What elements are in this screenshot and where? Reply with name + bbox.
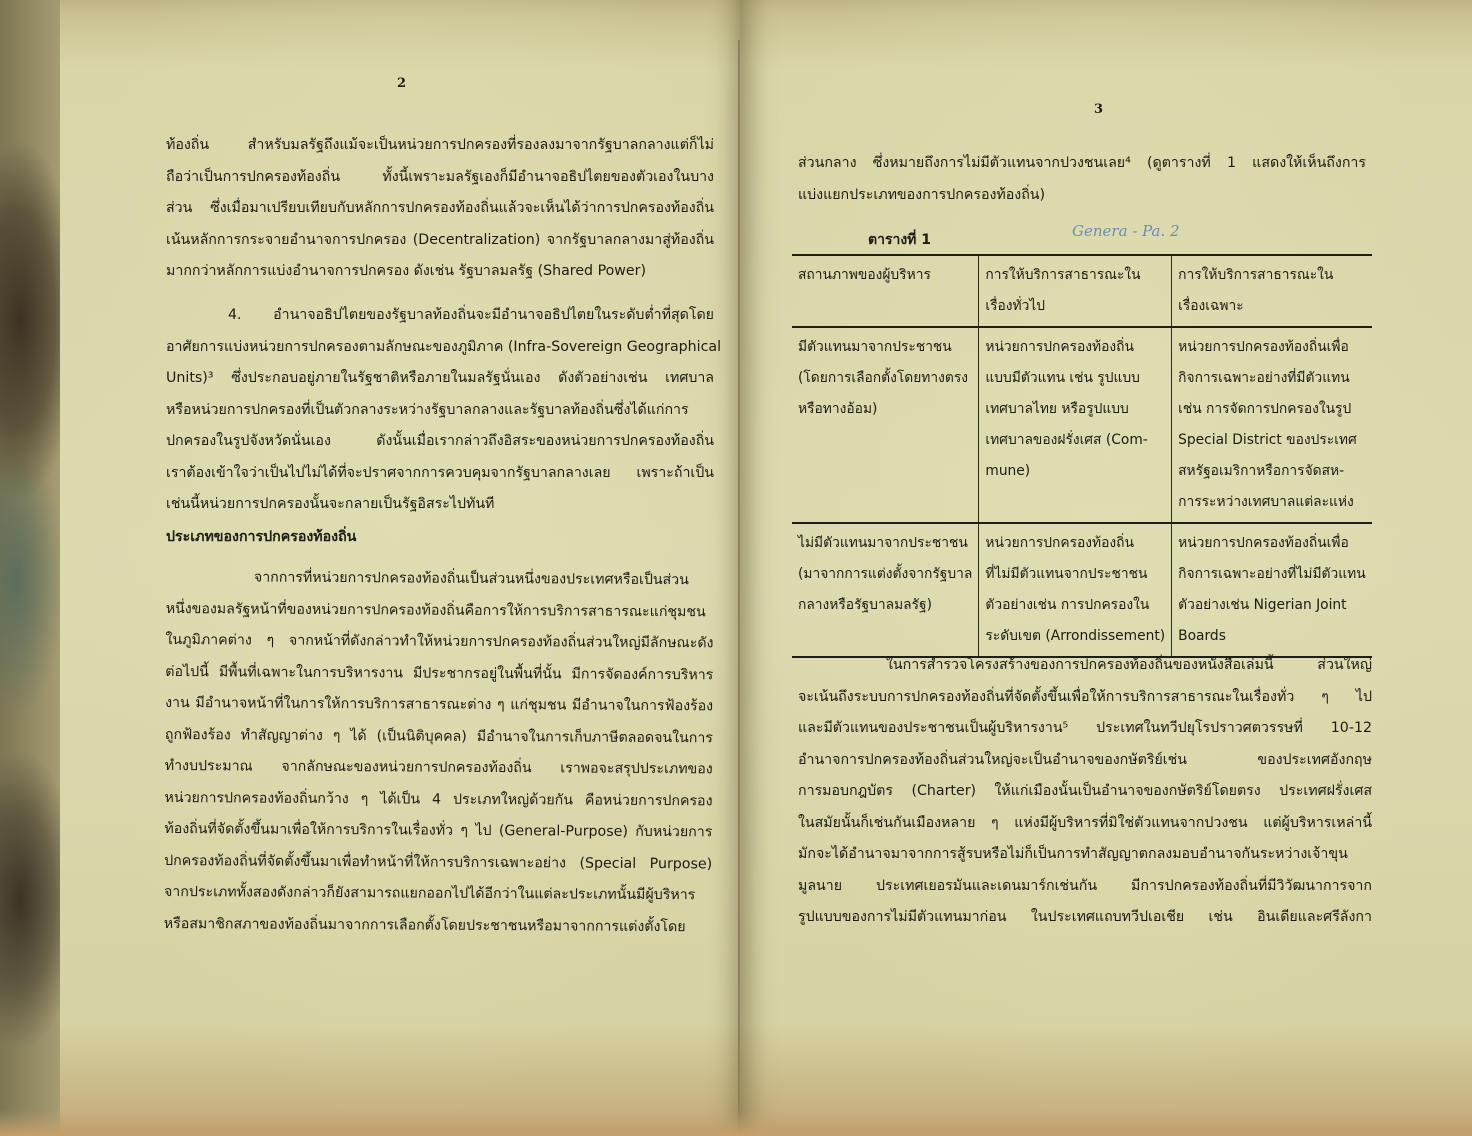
header-cell-status: สถานภาพของผู้บริหาร — [792, 255, 979, 327]
text-line: รูปแบบของการไม่มีตัวแทนมาก่อน ในประเทศแถ… — [798, 902, 1372, 934]
text-line: เน้นหลักการกระจายอำนาจการปกครอง (Decentr… — [166, 225, 714, 257]
page-bottom-stain — [0, 1110, 1472, 1136]
left-page-number: 2 — [397, 76, 406, 91]
text-line: อาศัยการแบ่งหน่วยการปกครองตามลักษณะของภู… — [166, 332, 714, 364]
text-line: จะเน้นถึงระบบการปกครองท้องถิ่นที่จัดตั้ง… — [798, 682, 1372, 714]
text-line: 4. อำนาจอธิปไตยของรัฐบาลท้องถิ่นจะมีอำนา… — [166, 300, 714, 332]
text-line: Units)³ ซึ่งประกอบอยู่ภายในรัฐชาติหรือภา… — [166, 363, 714, 395]
text-line: หน่วยการปกครองท้องถิ่นกว้าง ๆ ได้เป็น 4 … — [164, 782, 712, 817]
text-line: ส่วน ซึ่งเมื่อมาเปรียบเทียบกับหลักการปกค… — [166, 193, 714, 225]
text-line: เราต้องเข้าใจว่าเป็นไปไม่ได้ที่จะปราศจาก… — [166, 458, 714, 490]
left-section-heading-block: ประเภทของการปกครองท้องถิ่น — [166, 522, 714, 554]
left-paragraph-3: จากการที่หน่วยการปกครองท้องถิ่นเป็นส่วนห… — [164, 562, 714, 943]
text-line: จากประเภททั้งสองดังกล่าวก็ยังสามารถแยกออ… — [164, 877, 712, 912]
text-line: ปกครองในรูปจังหวัดนั่นเอง ดังนั้นเมื่อเร… — [166, 426, 714, 458]
text-line: มูลนาย ประเทศเยอรมันและเดนมาร์กเช่นกัน ม… — [798, 871, 1372, 903]
table-row: มีตัวแทนมาจากประชาชน (โดยการเลือกตั้งโดย… — [792, 327, 1372, 523]
text-line: ส่วนกลาง ซึ่งหมายถึงการไม่มีตัวแทนจากปวง… — [798, 148, 1366, 180]
table-cell: ไม่มีตัวแทนมาจากประชาชน (มาจากการแต่งตั้… — [792, 523, 979, 657]
text-line: หนึ่งของมลรัฐหน้าที่ของหน่วยการปกครองท้อ… — [166, 593, 714, 628]
table-header-row: สถานภาพของผู้บริหาร การให้บริการสาธารณะใ… — [792, 255, 1372, 327]
text-line: มากกว่าหลักการแบ่งอำนาจการปกครอง ดังเช่น… — [166, 256, 714, 288]
left-paragraph-2: 4. อำนาจอธิปไตยของรัฐบาลท้องถิ่นจะมีอำนา… — [166, 300, 714, 521]
text-line: ท้องถิ่นที่จัดตั้งขึ้นมาเพื่อให้การบริกา… — [164, 814, 712, 849]
section-heading: ประเภทของการปกครองท้องถิ่น — [166, 522, 714, 554]
table-cell: มีตัวแทนมาจากประชาชน (โดยการเลือกตั้งโดย… — [792, 327, 979, 523]
header-cell-general-service: การให้บริการสาธารณะใน เรื่องทั่วไป — [979, 255, 1172, 327]
text-line: แบ่งแยกประเภทของการปกครองท้องถิ่น) — [798, 180, 1366, 212]
text-line: ต่อไปนี้ มีพื้นที่เฉพาะในการบริหารงาน มี… — [165, 656, 713, 691]
right-paragraph-2: ในการสำรวจโครงสร้างของการปกครองท้องถิ่นข… — [798, 650, 1372, 934]
text-line: ถูกฟ้องร้อง ทำสัญญาต่าง ๆ ได้ (เป็นนิติบ… — [165, 719, 713, 754]
text-line: มักจะได้อำนาจมาจากการสู้รบหรือไม่ก็เป็นก… — [798, 839, 1372, 871]
text-line: จากการที่หน่วยการปกครองท้องถิ่นเป็นส่วนห… — [166, 562, 714, 597]
text-line: หรือสมาชิกสภาของท้องถิ่นมาจากการเลือกตั้… — [164, 908, 712, 943]
text-line: ปกครองท้องถิ่นที่จัดตั้งขึ้นมาเพื่อทำหน้… — [164, 845, 712, 880]
table-caption: ตารางที่ 1 — [868, 229, 931, 251]
classification-table: สถานภาพของผู้บริหาร การให้บริการสาธารณะใ… — [792, 254, 1372, 658]
text-line: งาน มีอำนาจหน้าที่ในการให้การบริการสาธาร… — [165, 688, 713, 723]
table-cell: หน่วยการปกครองท้องถิ่น แบบมีตัวแทน เช่น … — [979, 327, 1172, 523]
text-line: หรือหน่วยการปกครองที่เป็นตัวกลางระหว่างร… — [166, 395, 714, 427]
text-line: ในสมัยนั้นก็เช่นกันเมืองหลาย ๆ แห่งมีผู้… — [798, 808, 1372, 840]
right-page-number: 3 — [1094, 102, 1103, 117]
handwritten-note: Genera - Pa. 2 — [1072, 222, 1180, 240]
text-line: ในภูมิภาคต่าง ๆ จากหน้าที่ดังกล่าวทำให้ห… — [165, 625, 713, 660]
text-line: ในการสำรวจโครงสร้างของการปกครองท้องถิ่นข… — [798, 650, 1372, 682]
text-line: การมอบกฎบัตร (Charter) ให้แก่เมืองนั้นเป… — [798, 776, 1372, 808]
text-line: ถือว่าเป็นการปกครองท้องถิ่น ทั้งนี้เพราะ… — [166, 162, 714, 194]
left-paragraph-1: ท้องถิ่น สำหรับมลรัฐถึงแม้จะเป็นหน่วยการ… — [166, 130, 714, 288]
table-cell: หน่วยการปกครองท้องถิ่นเพื่อ กิจการเฉพาะอ… — [1172, 327, 1372, 523]
text-line: และมีตัวแทนของประชาชนเป็นผู้บริหารงาน⁵ ป… — [798, 713, 1372, 745]
table-cell: หน่วยการปกครองท้องถิ่นเพื่อ กิจการเฉพาะอ… — [1172, 523, 1372, 657]
header-cell-special-service: การให้บริการสาธารณะใน เรื่องเฉพาะ — [1172, 255, 1372, 327]
text-line: ท้องถิ่น สำหรับมลรัฐถึงแม้จะเป็นหน่วยการ… — [166, 130, 714, 162]
table-cell: หน่วยการปกครองท้องถิ่น ที่ไม่มีตัวแทนจาก… — [979, 523, 1172, 657]
text-line: ทำงบประมาณ จากลักษณะของหน่วยการปกครองท้อ… — [165, 751, 713, 786]
table-row: ไม่มีตัวแทนมาจากประชาชน (มาจากการแต่งตั้… — [792, 523, 1372, 657]
text-line: เช่นนี้หน่วยการปกครองนั้นจะกลายเป็นรัฐอิ… — [166, 489, 714, 521]
text-line: อำนาจการปกครองท้องถิ่นส่วนใหญ่จะเป็นอำนา… — [798, 745, 1372, 777]
right-paragraph-1: ส่วนกลาง ซึ่งหมายถึงการไม่มีตัวแทนจากปวง… — [798, 148, 1366, 211]
